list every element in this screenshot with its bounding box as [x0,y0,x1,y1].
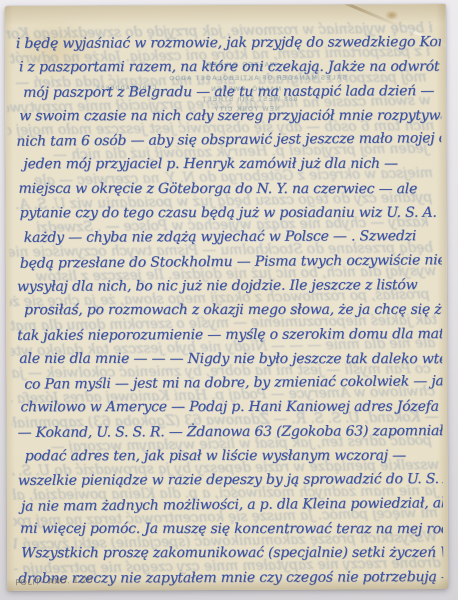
handwriting-line: chwilowo w Ameryce — Podaj p. Hani Kanio… [17,395,442,420]
letterhead-bleedthrough: WALTER GILBERSALES MANAGER OF AKTIEBOLAG… [5,4,446,6]
handwriting-line: drobne rzeczy nie zapytałem mnie czy cze… [18,565,443,591]
handwriting-line: nich tam 6 osób — aby się obsprawić jest… [16,126,441,154]
handwriting-line: i będę wyjaśniać w rozmowie, jak przyjdę… [16,30,441,56]
handwriting-line: ja nie mam żadnych możliwości, a p. dla … [18,491,443,519]
handwriting-line: każdy — chyba nie zdążą wyjechać w Polsc… [17,224,442,250]
handwriting-line: podać adres ten, jak pisał w liście wysł… [18,444,443,469]
handwriting-line: i z paszportami razem, na które oni czek… [16,55,441,80]
scan-background: i będę wyjaśniać w rozmowie, jak przyjdę… [0,0,458,600]
ink-lines: i będę wyjaśniać w rozmowie, jak przyjdę… [16,30,443,591]
handwriting-line: Wszystkich proszę zakomunikować (specjal… [18,541,443,566]
handwriting-line: mój paszport z Belgradu — ale tu ma nast… [16,79,441,105]
letter-page: i będę wyjaśniać w rozmowie, jak przyjdę… [5,4,449,591]
pencil-annotation: POLIT– AND. 1.20 [15,575,93,587]
handwriting-line: tak jakieś nieporozumienie — myślę o sze… [17,322,442,348]
handwriting-line: jeden mój przyjaciel p. Henryk zamówił j… [16,152,441,177]
handwriting-line: — Kokand, U. S. S. R. — Żdanowa 63 (Zgok… [18,419,443,445]
handwriting-line: wysyłaj dla nich, bo nic już nie dojdzie… [17,273,442,299]
handwriting-line: miejsca w okręcie z Göteborga do N. Y. n… [17,177,442,202]
handwriting-line: mi więcej pomóc. Ja muszę się koncentrow… [18,517,443,542]
handwriting-line: pytanie czy do tego czasu będą już w pos… [17,201,442,226]
handwriting-line: co Pan myśli — jest mi na dobre, by zmie… [17,369,442,397]
handwriting-line: ale nie dla mnie — — — Nigdy nie było je… [17,347,442,372]
handwriting-line: prosiłaś, po rozmowach z okazji mego sło… [17,298,442,323]
handwriting-line: będą przesłane do Stockholmu — Pisma twy… [17,248,442,276]
handwriting-line: w swoim czasie na nich cały szereg przyj… [16,104,441,129]
handwriting-line: wszelkie pieniądze w razie depeszy by ją… [18,467,443,493]
